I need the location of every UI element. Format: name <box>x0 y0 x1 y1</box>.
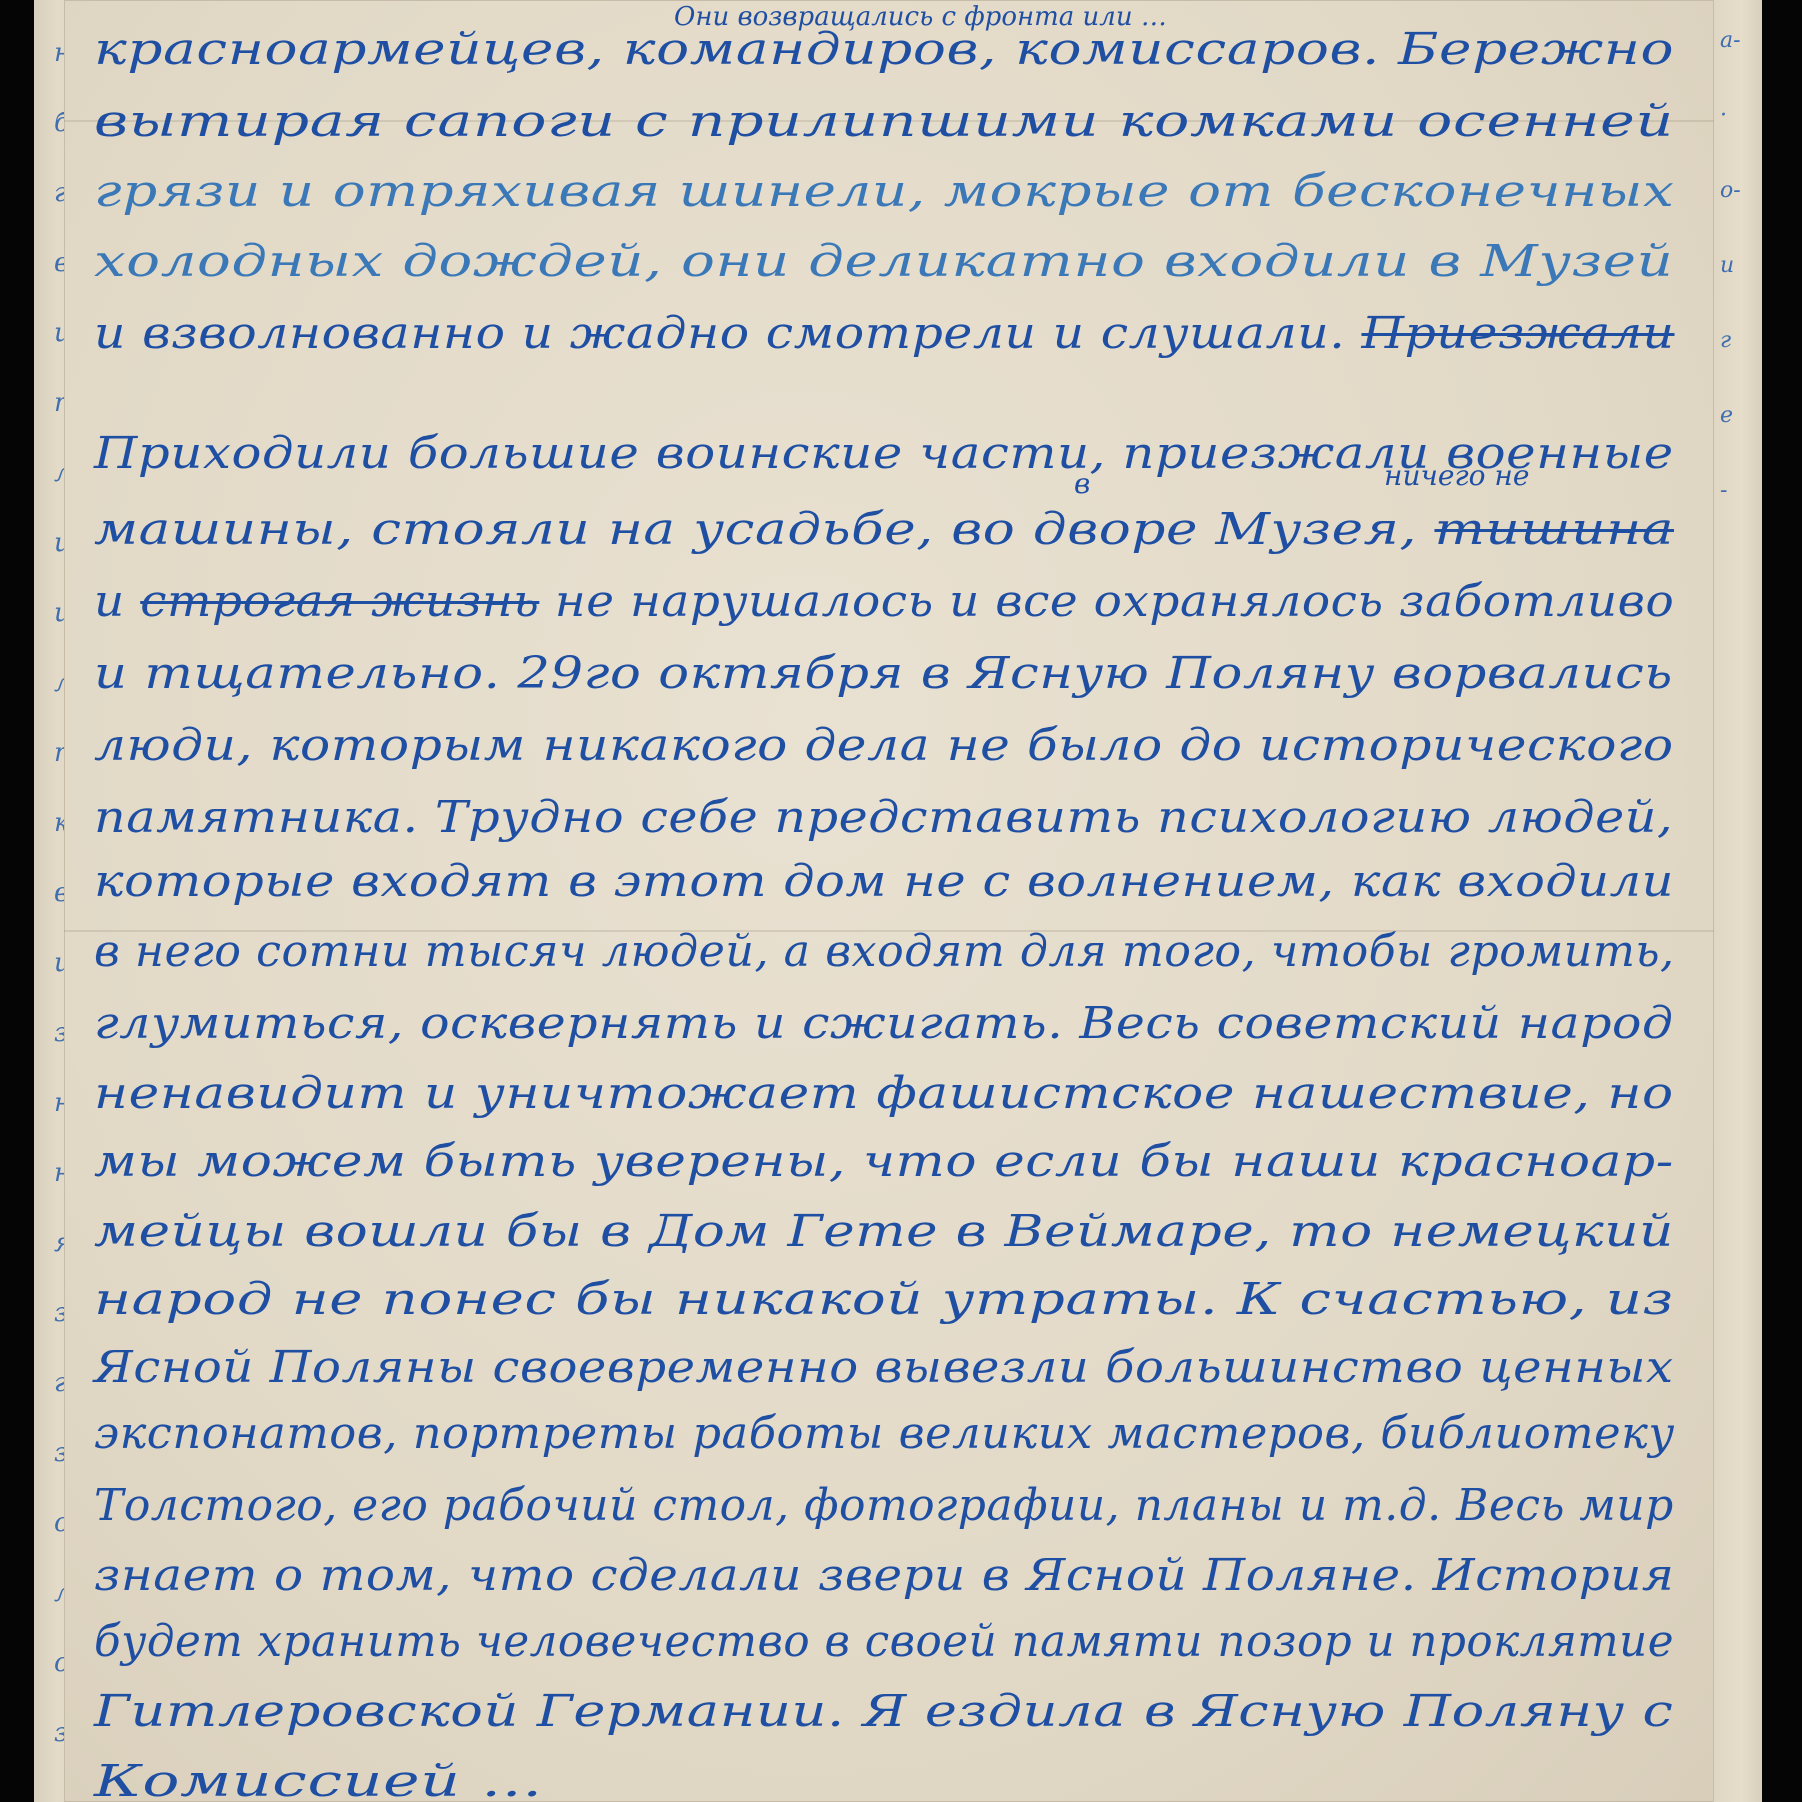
text-line: экспонатов, портреты работы великих маст… <box>94 1412 1675 1456</box>
text-line: и тщательно. 29го октября в Ясную Поляну… <box>94 652 1673 696</box>
text-line: грязи и отряхивая шинели, мокрые от беск… <box>94 170 1674 214</box>
margin-fragment: - <box>1720 480 1727 502</box>
text-line: народ не понес бы никакой утраты. К счас… <box>94 1278 1674 1322</box>
underlying-page-right-edge: а-·о-иге- <box>1708 0 1762 1802</box>
text-line: холодных дождей, они деликатно входили в… <box>94 240 1673 284</box>
text-line: знает о том, что сделали звери в Ясной П… <box>94 1554 1674 1598</box>
text-line: машины, стояли на усадьбе, во дворе Музе… <box>94 508 1674 552</box>
manuscript-sheet: Они возвращались с фронта или … в ничего… <box>64 0 1714 1802</box>
line-text: не нарушалось и все охранялось заботливо <box>555 576 1674 627</box>
struck-word: тишина <box>1434 504 1674 555</box>
text-line: и строгая жизнь не нарушалось и все охра… <box>94 580 1674 624</box>
margin-fragment: о- <box>1720 180 1741 202</box>
text-line: мы можем быть уверены, что если бы наши … <box>94 1140 1674 1184</box>
margin-fragment: а- <box>1720 30 1741 52</box>
text-line: в него сотни тысяч людей, а входят для т… <box>94 930 1675 974</box>
text-line: Гитлеровской Германии. Я ездила в Ясную … <box>94 1690 1673 1734</box>
margin-fragment: г <box>1720 330 1731 352</box>
text-line: Приходили большие воинские части, приезж… <box>94 432 1674 476</box>
margin-fragment: · <box>1720 105 1727 127</box>
text-line: которые входят в этот дом не с волнением… <box>94 860 1674 904</box>
text-line: мейцы вошли бы в Дом Гете в Веймаре, то … <box>94 1210 1674 1254</box>
text-line: вытирая сапоги с прилипшими комками осен… <box>94 100 1674 144</box>
text-line: Комиссией … <box>94 1760 543 1802</box>
struck-words: строгая жизнь <box>140 576 539 627</box>
line-prefix: и <box>94 576 125 627</box>
text-line: люди, которым никакого дела не было до и… <box>94 724 1674 768</box>
text-line: Толстого, его рабочий стол, фотографии, … <box>94 1484 1674 1528</box>
manuscript-text-body: красноармейцев, командиров, комиссаров. … <box>94 0 1694 1802</box>
struck-word: Приезжали <box>1361 308 1674 359</box>
text-line: памятника. Трудно себе представить психо… <box>94 796 1673 840</box>
line-text: и взволнованно и жадно смотрели и слушал… <box>94 308 1345 359</box>
text-line: будет хранить человечество в своей памят… <box>94 1620 1674 1664</box>
text-line: глумиться, осквернять и сжигать. Весь со… <box>94 1002 1674 1046</box>
text-line: красноармейцев, командиров, комиссаров. … <box>94 28 1674 72</box>
margin-fragment: и <box>1720 255 1734 277</box>
text-line: ненавидит и уничтожает фашистское нашест… <box>94 1072 1674 1116</box>
text-line: и взволнованно и жадно смотрели и слушал… <box>94 312 1675 356</box>
margin-fragment: е <box>1720 405 1733 427</box>
line-text: машины, стояли на усадьбе, во дворе Музе… <box>94 504 1417 555</box>
text-line: Ясной Поляны своевременно вывезли больши… <box>94 1346 1674 1390</box>
